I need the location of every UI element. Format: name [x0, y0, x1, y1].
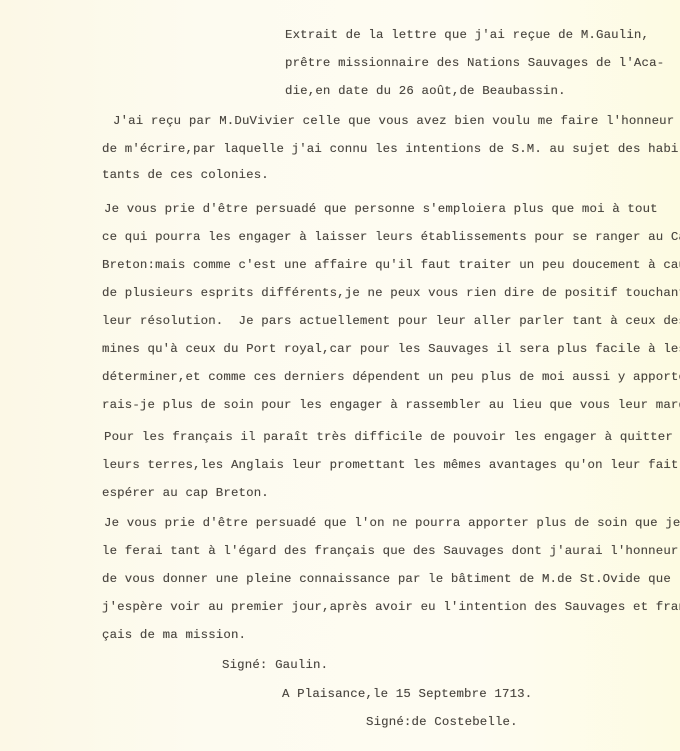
- paragraph-4-line: çais de ma mission.: [102, 627, 246, 643]
- paragraph-4-line: j'espère voir au premier jour,après avoi…: [102, 599, 680, 615]
- signature-costebelle: Signé:de Costebelle.: [366, 714, 518, 730]
- paragraph-4-line: Je vous prie d'être persuadé que l'on ne…: [104, 515, 680, 531]
- paragraph-2-line: ce qui pourra les engager à laisser leur…: [102, 229, 680, 245]
- paragraph-1-line: tants de ces colonies.: [102, 167, 269, 183]
- document-page: Extrait de la lettre que j'ai reçue de M…: [0, 0, 680, 751]
- heading-line: Extrait de la lettre que j'ai reçue de M…: [285, 27, 649, 43]
- heading-line: prêtre missionnaire des Nations Sauvages…: [285, 55, 664, 71]
- paragraph-2-line: Je vous prie d'être persuadé que personn…: [104, 201, 658, 217]
- signature-gaulin: Signé: Gaulin.: [222, 657, 328, 673]
- paragraph-2-line: rais-je plus de soin pour les engager à …: [102, 397, 680, 413]
- paragraph-3-line: leurs terres,les Anglais leur promettant…: [102, 457, 679, 473]
- paragraph-2-line: leur résolution. Je pars actuellement po…: [102, 313, 680, 329]
- place-and-date: A Plaisance,le 15 Septembre 1713.: [282, 686, 532, 702]
- paragraph-4-line: de vous donner une pleine connaissance p…: [102, 571, 671, 587]
- paragraph-4-line: le ferai tant à l'égard des français que…: [102, 543, 679, 559]
- paragraph-2-line: déterminer,et comme ces derniers dépende…: [102, 369, 680, 385]
- paragraph-1-line: de m'écrire,par laquelle j'ai connu les …: [102, 141, 680, 157]
- heading-line: die,en date du 26 août,de Beaubassin.: [285, 83, 566, 99]
- paragraph-3-line: Pour les français il paraît très diffici…: [104, 429, 673, 445]
- paragraph-2-line: mines qu'à ceux du Port royal,car pour l…: [102, 341, 680, 357]
- paragraph-1-line: J'ai reçu par M.DuVivier celle que vous …: [113, 113, 674, 129]
- paragraph-2-line: Breton:mais comme c'est une affaire qu'i…: [102, 257, 680, 273]
- paragraph-3-line: espérer au cap Breton.: [102, 485, 269, 501]
- paragraph-2-line: de plusieurs esprits différents,je ne pe…: [102, 285, 680, 301]
